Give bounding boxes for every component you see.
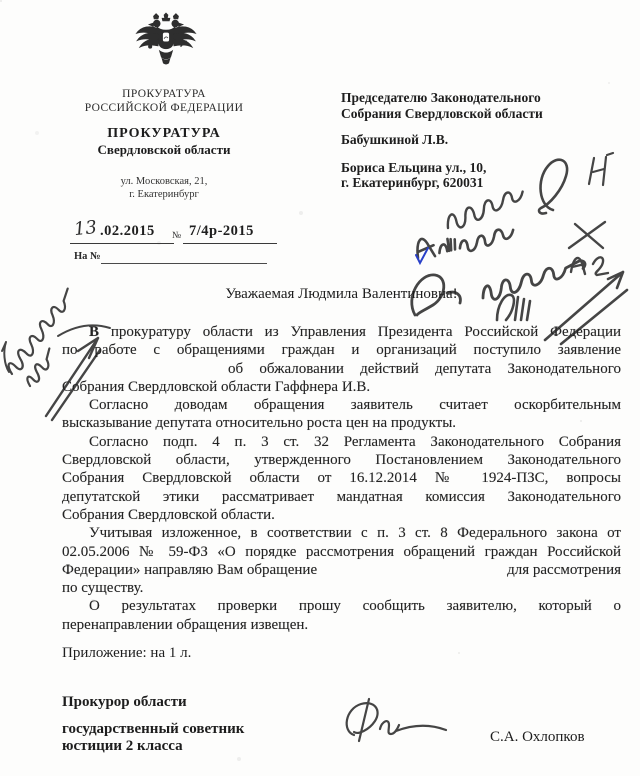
body-line: Собрания Свердловской области от 16.12.2…	[62, 469, 621, 487]
body-line: Собрания Свердловской области.	[62, 506, 621, 524]
org-regional-title: ПРОКУРАТУРА Свердловской области	[40, 125, 288, 158]
date-printed: .02.2015	[100, 223, 155, 240]
body-line: Учитывая изложенное, в соответствии с п.…	[62, 524, 621, 542]
handwritten-signature	[338, 693, 453, 751]
redacted-blank	[317, 561, 507, 579]
number-underline	[183, 243, 277, 244]
org-top-line1: ПРОКУРАТУРА	[40, 88, 288, 102]
org-federation-title: ПРОКУРАТУРА РОССИЙСКОЙ ФЕДЕРАЦИИ	[40, 88, 288, 115]
document-number: 7/4р-2015	[189, 223, 254, 240]
body-line: В прокуратуру области из Управления През…	[62, 323, 621, 341]
date-underline	[70, 243, 174, 244]
signer-rank-line1: государственный советник	[62, 721, 244, 738]
body-line: об обжаловании действий депутата Законод…	[228, 360, 621, 378]
body-line: Согласно доводам обращения заявитель счи…	[62, 396, 621, 414]
redacted-blank	[62, 360, 228, 378]
letterhead-address-line2: г. Екатеринбург	[40, 189, 288, 202]
body-line: О результатах проверки прошу сообщить за…	[62, 597, 621, 615]
scan-noise	[0, 0, 2, 2]
salutation: Уважаемая Людмила Валентиновна!	[62, 286, 621, 303]
body-line-with-redaction: об обжаловании действий депутата Законод…	[62, 360, 621, 378]
body-line-right: для рассмотрения	[507, 561, 621, 579]
body-line: по работе с обращениями граждан и органи…	[62, 341, 621, 359]
letterhead-address-line1: ул. Московская, 21,	[40, 176, 288, 189]
body-line: высказывание депутата относительно роста…	[62, 414, 621, 432]
signer-rank: государственный советник юстиции 2 класс…	[62, 721, 244, 754]
number-sign: №	[172, 231, 181, 241]
addressee-name: Бабушкиной Л.В.	[341, 132, 633, 148]
body-line: Согласно подп. 4 п. 3 ст. 32 Регламента …	[62, 433, 621, 451]
coat-of-arms-eagle-icon	[133, 12, 199, 76]
letterhead-address: ул. Московская, 21, г. Екатеринбург	[40, 176, 288, 201]
signer-rank-line2: юстиции 2 класса	[62, 738, 244, 755]
body-line: депутатской этики рассматривает мандатна…	[62, 488, 621, 506]
body-line: перенаправлении обращения извещен.	[62, 616, 621, 634]
blue-checkmark-annotation	[413, 246, 431, 266]
body-line-with-redaction: Федерации» направляю Вам обращение для р…	[62, 561, 621, 579]
attachment-note: Приложение: на 1 л.	[62, 645, 191, 662]
org-top-line2: РОССИЙСКОЙ ФЕДЕРАЦИИ	[40, 102, 288, 116]
scanned-letter-page: ПРОКУРАТУРА РОССИЙСКОЙ ФЕДЕРАЦИИ ПРОКУРА…	[0, 0, 640, 776]
body-line-left: Федерации» направляю Вам обращение	[62, 561, 317, 579]
org-name-line1: ПРОКУРАТУРА	[40, 125, 288, 142]
signer-name: С.А. Охлопков	[490, 729, 585, 746]
addressee-post-line1: Председателю Законодательного	[341, 90, 633, 106]
body-line: Свердловской области, утвержденного Пост…	[62, 451, 621, 469]
signer-title: Прокурор области	[62, 694, 187, 711]
letter-body: В прокуратуру области из Управления През…	[62, 323, 621, 634]
body-line: по существу.	[62, 579, 621, 597]
addressee-post-line2: Собрания Свердловской области	[341, 106, 633, 122]
handwritten-date-day: 13	[73, 217, 98, 240]
body-line: Собрания Свердловской области Гаффнера И…	[62, 378, 621, 396]
org-name-line2: Свердловской области	[40, 142, 288, 158]
body-line: 02.05.2006 № 59-ФЗ «О порядке рассмотрен…	[62, 543, 621, 561]
handwritten-resolution-top-right	[403, 148, 640, 348]
